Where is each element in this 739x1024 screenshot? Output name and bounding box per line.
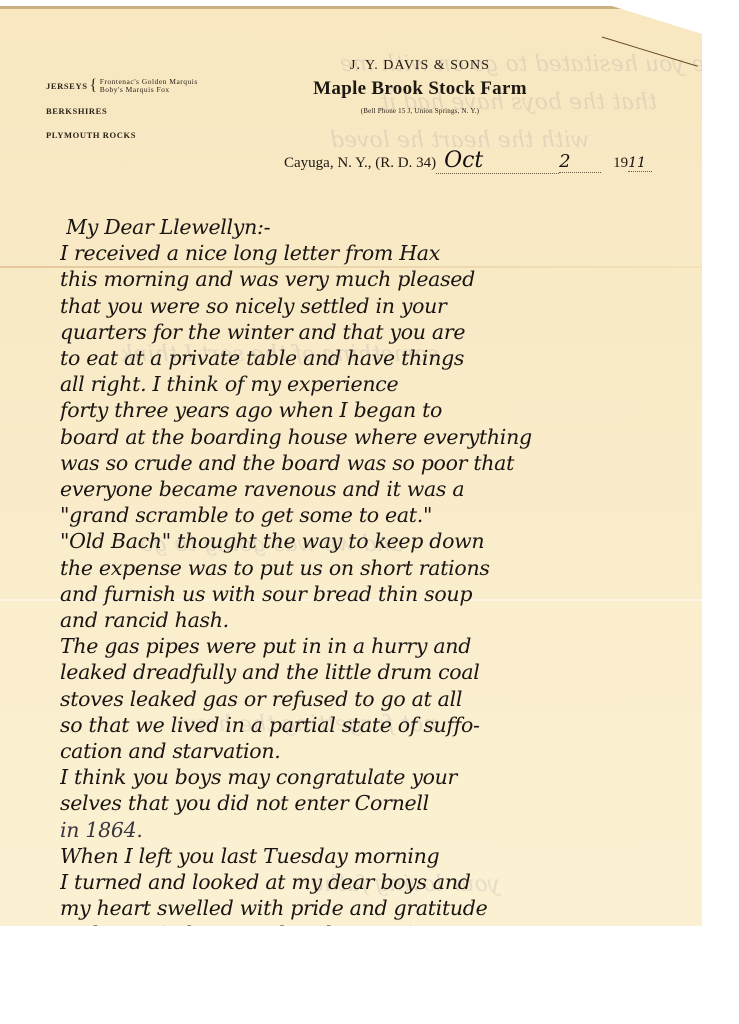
letter-line: When I left you last Tuesday morning bbox=[60, 843, 700, 869]
farm-name: Maple Brook Stock Farm bbox=[280, 78, 560, 100]
year-prefix: 19 bbox=[613, 155, 628, 172]
letter-line: quarters for the winter and that you are bbox=[60, 319, 700, 345]
letter-line: selves that you did not enter Cornell bbox=[60, 790, 700, 816]
letter-line: this morning and was very much pleased bbox=[60, 266, 700, 292]
breed-plymouth-rocks: PLYMOUTH ROCKS bbox=[46, 130, 136, 140]
letter-line: the expense was to put us on short ratio… bbox=[60, 555, 700, 581]
letter-line: forty three years ago when I began to bbox=[60, 397, 700, 423]
letter-line: leaked dreadfully and the little drum co… bbox=[60, 659, 700, 685]
letter-line: and my mind reverted to that coming bbox=[60, 921, 700, 926]
brace-glyph: { bbox=[90, 78, 98, 94]
breed-jerseys: JERSEYS bbox=[46, 81, 88, 91]
date-day: 2 bbox=[559, 151, 601, 173]
letter-line: cation and starvation. bbox=[60, 738, 700, 764]
letter-line: I think you boys may congratulate your bbox=[60, 764, 700, 790]
place-text: Cayuga, N. Y., (R. D. 34) bbox=[284, 155, 436, 172]
date-month: Oct bbox=[436, 148, 559, 174]
letter-line: that you were so nicely settled in your bbox=[60, 293, 700, 319]
letter-line: all right. I think of my experience bbox=[60, 371, 700, 397]
phone-line: (Bell Phone 15 J, Union Springs, N. Y.) bbox=[280, 107, 560, 115]
dateline: Cayuga, N. Y., (R. D. 34) Oct 2 19 11 bbox=[284, 148, 652, 174]
breed-berkshires: BERKSHIRES bbox=[46, 106, 107, 116]
letter-line: and furnish us with sour bread thin soup bbox=[60, 581, 700, 607]
letter-line: and rancid hash. bbox=[60, 607, 700, 633]
jersey-sire: Boby's Marquis Fox bbox=[100, 86, 198, 94]
company-name: J. Y. DAVIS & SONS bbox=[280, 58, 560, 74]
letter-line: "Old Bach" thought the way to keep down bbox=[60, 528, 700, 554]
letter-line: I turned and looked at my dear boys and bbox=[60, 869, 700, 895]
letter-body: My Dear Llewellyn:- I received a nice lo… bbox=[60, 214, 700, 926]
letter-line: I received a nice long letter from Hax bbox=[60, 240, 700, 266]
letter-line: my heart swelled with pride and gratitud… bbox=[60, 895, 700, 921]
salutation: My Dear Llewellyn:- bbox=[66, 214, 700, 240]
letter-line: board at the boarding house where everyt… bbox=[60, 424, 700, 450]
letter-line: everyone became ravenous and it was a bbox=[60, 476, 700, 502]
letter-line: was so crude and the board was so poor t… bbox=[60, 450, 700, 476]
letter-line: The gas pipes were put in in a hurry and bbox=[60, 633, 700, 659]
letter-line: stoves leaked gas or refused to go at al… bbox=[60, 686, 700, 712]
letter-line: "grand scramble to get some to eat." bbox=[60, 502, 700, 528]
letter-paper: Have you hesitated to go on with me that… bbox=[0, 6, 702, 926]
letter-line: so that we lived in a partial state of s… bbox=[60, 712, 700, 738]
letterhead-title: J. Y. DAVIS & SONS Maple Brook Stock Far… bbox=[280, 58, 560, 115]
letter-line: to eat at a private table and have thing… bbox=[60, 345, 700, 371]
year-suffix: 11 bbox=[628, 155, 652, 172]
letter-line: in 1864. bbox=[60, 817, 700, 843]
letterhead-breeds: JERSEYS { Frontenac's Golden Marquis Bob… bbox=[46, 78, 198, 154]
